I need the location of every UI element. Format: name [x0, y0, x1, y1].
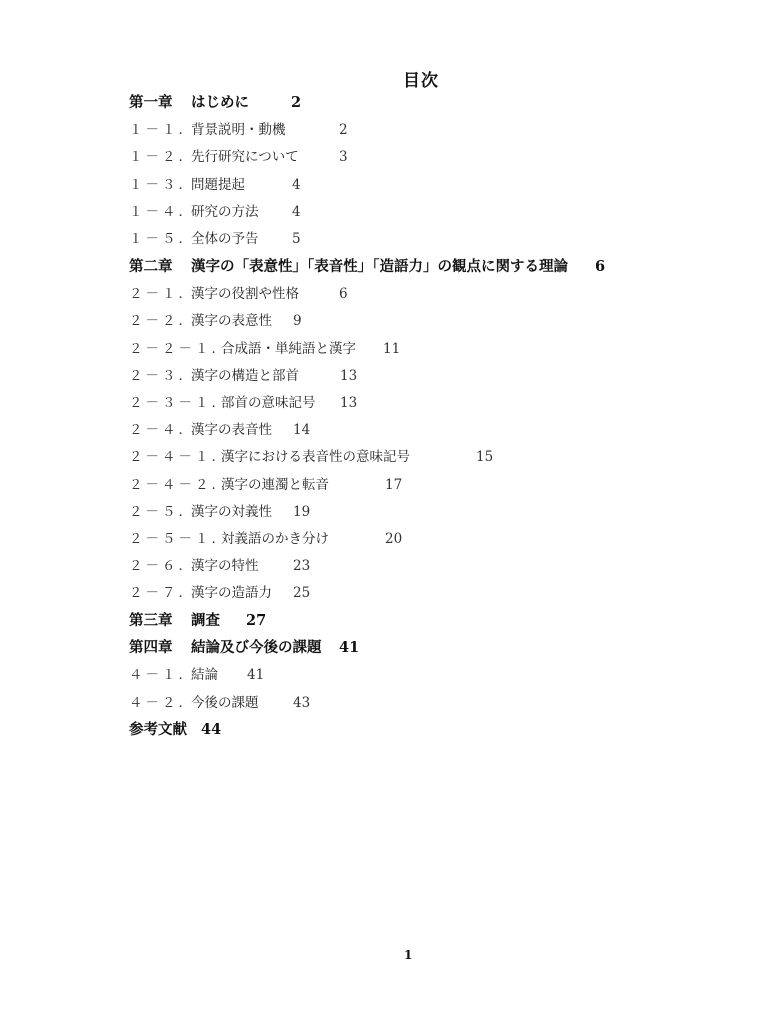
- section-number: ２－４－２．: [129, 474, 228, 496]
- entry-label: 漢字の特性: [191, 555, 259, 577]
- section-number: ２－１．: [129, 283, 195, 305]
- entry-label: 今後の課題: [191, 692, 259, 714]
- page-ref: 13: [340, 392, 357, 414]
- page-ref: 25: [293, 582, 310, 604]
- entry-label: 研究の方法: [191, 201, 259, 223]
- section-number: ２－３．: [129, 365, 195, 387]
- section-number: １－５．: [129, 228, 195, 250]
- page-ref: 11: [383, 338, 400, 360]
- entry-label: 問題提起: [191, 174, 245, 196]
- entry-label: 参考文献: [129, 719, 187, 741]
- page-ref: 41: [247, 664, 264, 686]
- page-number: 1: [404, 948, 412, 962]
- entry-label: はじめに: [191, 92, 249, 114]
- chapter-number: 第四章: [129, 637, 173, 659]
- page-ref: 15: [476, 446, 493, 468]
- section-number: ２－４－１．: [129, 446, 228, 468]
- page-ref: 9: [293, 310, 302, 332]
- entry-label: 漢字の造語力: [191, 582, 272, 604]
- page-ref: 41: [339, 637, 359, 659]
- section-number: ２－７．: [129, 582, 195, 604]
- page-ref: 17: [385, 474, 402, 496]
- page-ref: 6: [339, 283, 348, 305]
- entry-label: 漢字における表音性の意味記号: [221, 446, 410, 468]
- page-ref: 19: [293, 501, 310, 523]
- page-ref: 6: [595, 256, 605, 278]
- entry-label: 背景説明・動機: [191, 119, 286, 141]
- page-ref: 20: [385, 528, 402, 550]
- page-ref: 5: [292, 228, 301, 250]
- page-ref: 2: [339, 119, 348, 141]
- entry-label: 全体の予告: [191, 228, 259, 250]
- section-number: ２－３－１．: [129, 392, 228, 414]
- chapter-number: 第一章: [129, 92, 173, 114]
- section-number: １－３．: [129, 174, 195, 196]
- entry-label: 漢字の対義性: [191, 501, 272, 523]
- section-number: ２－６．: [129, 555, 195, 577]
- page-ref: 43: [293, 692, 310, 714]
- entry-label: 漢字の「表意性」「表音性」「造語力」の観点に関する理論: [191, 256, 568, 278]
- section-number: ２－５．: [129, 501, 195, 523]
- page-ref: 2: [291, 92, 301, 114]
- section-number: １－１．: [129, 119, 195, 141]
- section-number: ２－２．: [129, 310, 195, 332]
- section-number: ２－４．: [129, 419, 195, 441]
- page-ref: 4: [292, 174, 301, 196]
- page-ref: 13: [340, 365, 357, 387]
- entry-label: 漢字の役割や性格: [191, 283, 299, 305]
- entry-label: 結論及び今後の課題: [191, 637, 322, 659]
- entry-label: 結論: [191, 664, 218, 686]
- chapter-number: 第二章: [129, 256, 173, 278]
- entry-label: 漢字の連濁と転音: [221, 474, 329, 496]
- entry-label: 漢字の構造と部首: [191, 365, 299, 387]
- entry-label: 調査: [191, 610, 220, 632]
- section-number: ２－５－１．: [129, 528, 228, 550]
- entry-label: 漢字の表意性: [191, 310, 272, 332]
- chapter-number: 第三章: [129, 610, 173, 632]
- entry-label: 漢字の表音性: [191, 419, 272, 441]
- entry-label: 部首の意味記号: [221, 392, 316, 414]
- section-number: ４－１．: [129, 664, 195, 686]
- page-ref: 23: [293, 555, 310, 577]
- page-ref: 44: [201, 719, 221, 741]
- page-ref: 27: [246, 610, 266, 632]
- page-ref: 14: [293, 419, 310, 441]
- section-number: ２－２－１．: [129, 338, 228, 360]
- section-number: ４－２．: [129, 692, 195, 714]
- entry-label: 対義語のかき分け: [221, 528, 329, 550]
- section-number: １－４．: [129, 201, 195, 223]
- page-ref: 4: [292, 201, 301, 223]
- page-title: 目次: [0, 66, 768, 91]
- section-number: １－２．: [129, 146, 195, 168]
- entry-label: 先行研究について: [191, 146, 299, 168]
- page-ref: 3: [339, 146, 348, 168]
- entry-label: 合成語・単純語と漢字: [221, 338, 356, 360]
